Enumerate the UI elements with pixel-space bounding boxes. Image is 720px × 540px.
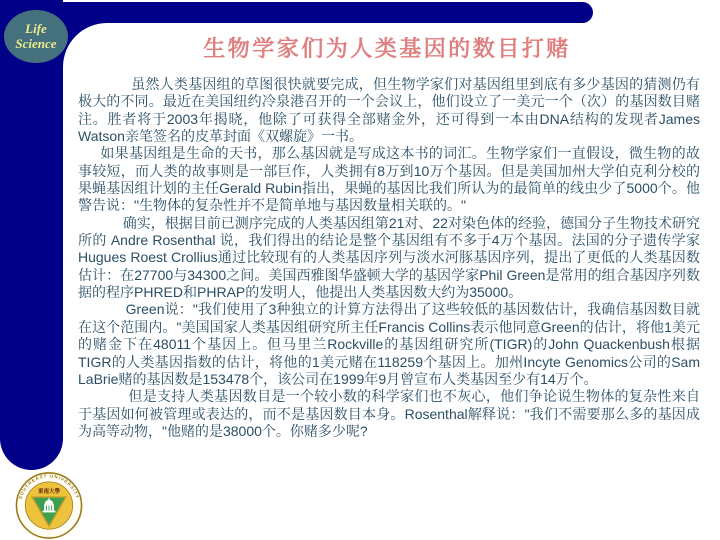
presentation-slide: Life Science 生物学家们为人类基因的数目打赌 虽然人类基因组的草图很… [0,0,720,540]
paragraph: 如果基因组是生命的天书，那么基因就是写成这本书的词汇。生物学家们一直假设，微生物… [78,145,700,214]
top-accent-bar [0,2,593,23]
left-accent-bar [0,0,63,470]
body-text-block: 虽然人类基因组的草图很快就要完成，但生物学家们对基因组里到底有多少基因的猜测仍有… [78,76,700,440]
badge-text-life: Life [25,22,47,37]
badge-text-science: Science [15,37,56,52]
seal-university-name: 東南大學 [38,487,61,495]
slide-title: 生物学家们为人类基因的数目打赌 [77,32,697,63]
university-seal-logo: SOUTHEAST UNIVERSITY 東南大學 [14,471,84,540]
life-science-badge: Life Science [4,10,68,63]
paragraph: 确实，根据目前已测序完成的人类基因组第21对、22对染色体的经验，德国分子生物技… [78,215,700,302]
paragraph: Green说："我们使用了3种独立的计算方法得出了这些较低的基因数估计，我确信基… [78,301,700,388]
paragraph: 虽然人类基因组的草图很快就要完成，但生物学家们对基因组里到底有多少基因的猜测仍有… [78,76,700,145]
paragraph: 但是支持人类基因数目是一个较小数的科学家们也不灰心，他们争论说生物体的复杂性来自… [78,388,700,440]
